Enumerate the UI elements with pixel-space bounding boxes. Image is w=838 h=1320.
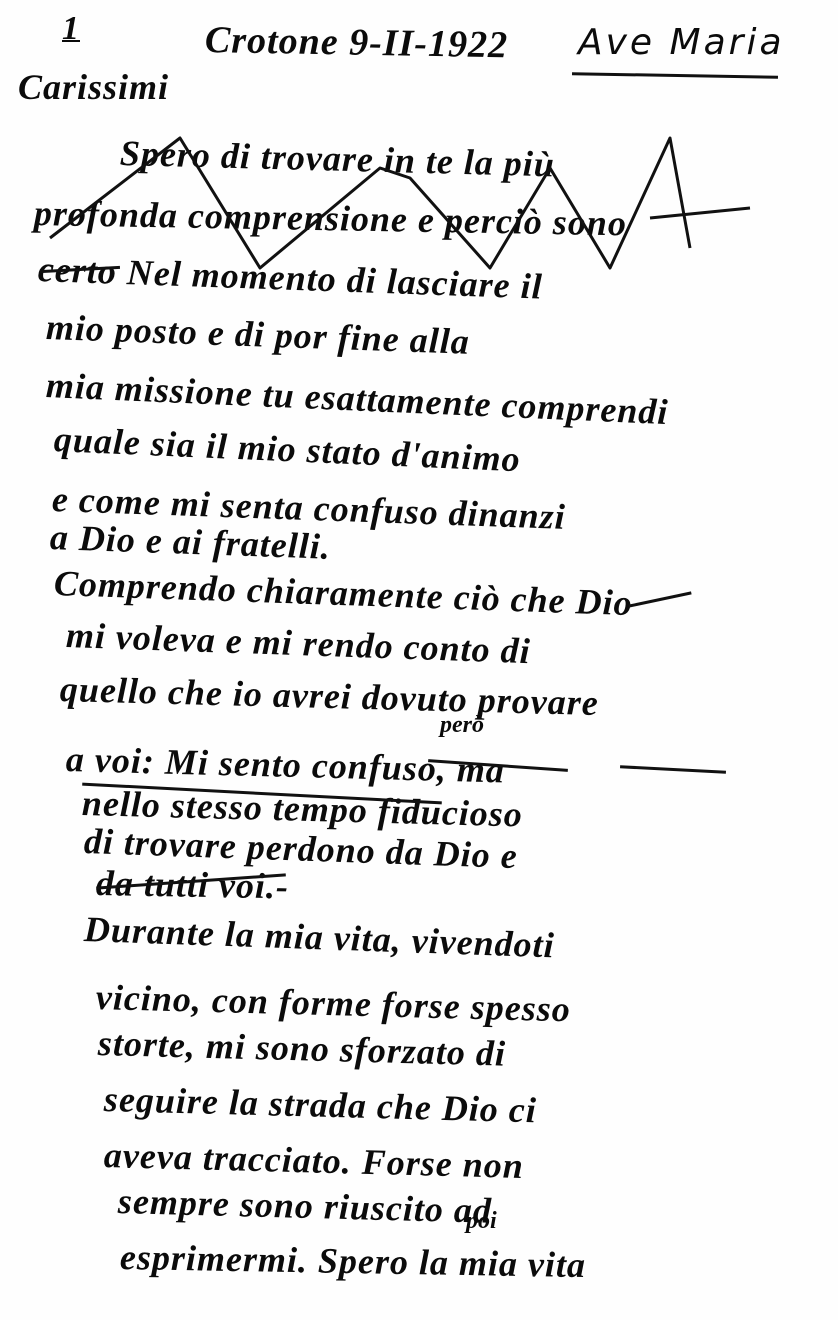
letter-line-3: certo Nel momento di lasciare il [37, 248, 543, 308]
letter-line-16: Durante la mia vita, vivendoti [83, 908, 555, 966]
letter-line-4: mio posto e di por fine alla [45, 306, 470, 363]
invocation-underline [572, 72, 778, 79]
place-and-date: Crotone 9-II-1922 [205, 18, 509, 67]
invocation-heading: Ave Maria [578, 22, 785, 63]
salutation: Carissimi [18, 66, 169, 108]
letter-line-9: Comprendo chiaramente ciò che Dio [53, 562, 633, 624]
strike-dio [628, 591, 691, 607]
insertion-poi: poi [466, 1208, 497, 1235]
letter-line-8: a Dio e ai fratelli. [49, 516, 331, 568]
letter-line-18: storte, mi sono sforzato di [97, 1022, 506, 1075]
letter-line-17: vicino, con forme forse spesso [95, 976, 571, 1030]
strike-ma [620, 765, 726, 774]
page-number: 1 [62, 10, 80, 48]
letter-line-10: mi voleva e mi rendo conto di [65, 614, 531, 672]
letter-line-22: esprimermi. Spero la mia vita [120, 1236, 587, 1286]
letter-line-2: profonda comprensione e perciò sono [34, 192, 628, 244]
letter-line-1: Spero di trovare in te la più [119, 132, 555, 185]
letter-line-20: aveva tracciato. Forse non [103, 1134, 524, 1187]
letter-page: 1 Crotone 9-II-1922 Ave Maria Carissimi … [0, 0, 838, 1320]
letter-line-6: quale sia il mio stato d'animo [53, 418, 521, 480]
letter-line-19: seguire la strada che Dio ci [103, 1078, 537, 1131]
letter-line-11: quello che io avrei dovuto provare [59, 668, 599, 724]
letter-line-21: sempre sono riuscito ad [117, 1180, 492, 1232]
insertion-pero: però [440, 712, 484, 739]
